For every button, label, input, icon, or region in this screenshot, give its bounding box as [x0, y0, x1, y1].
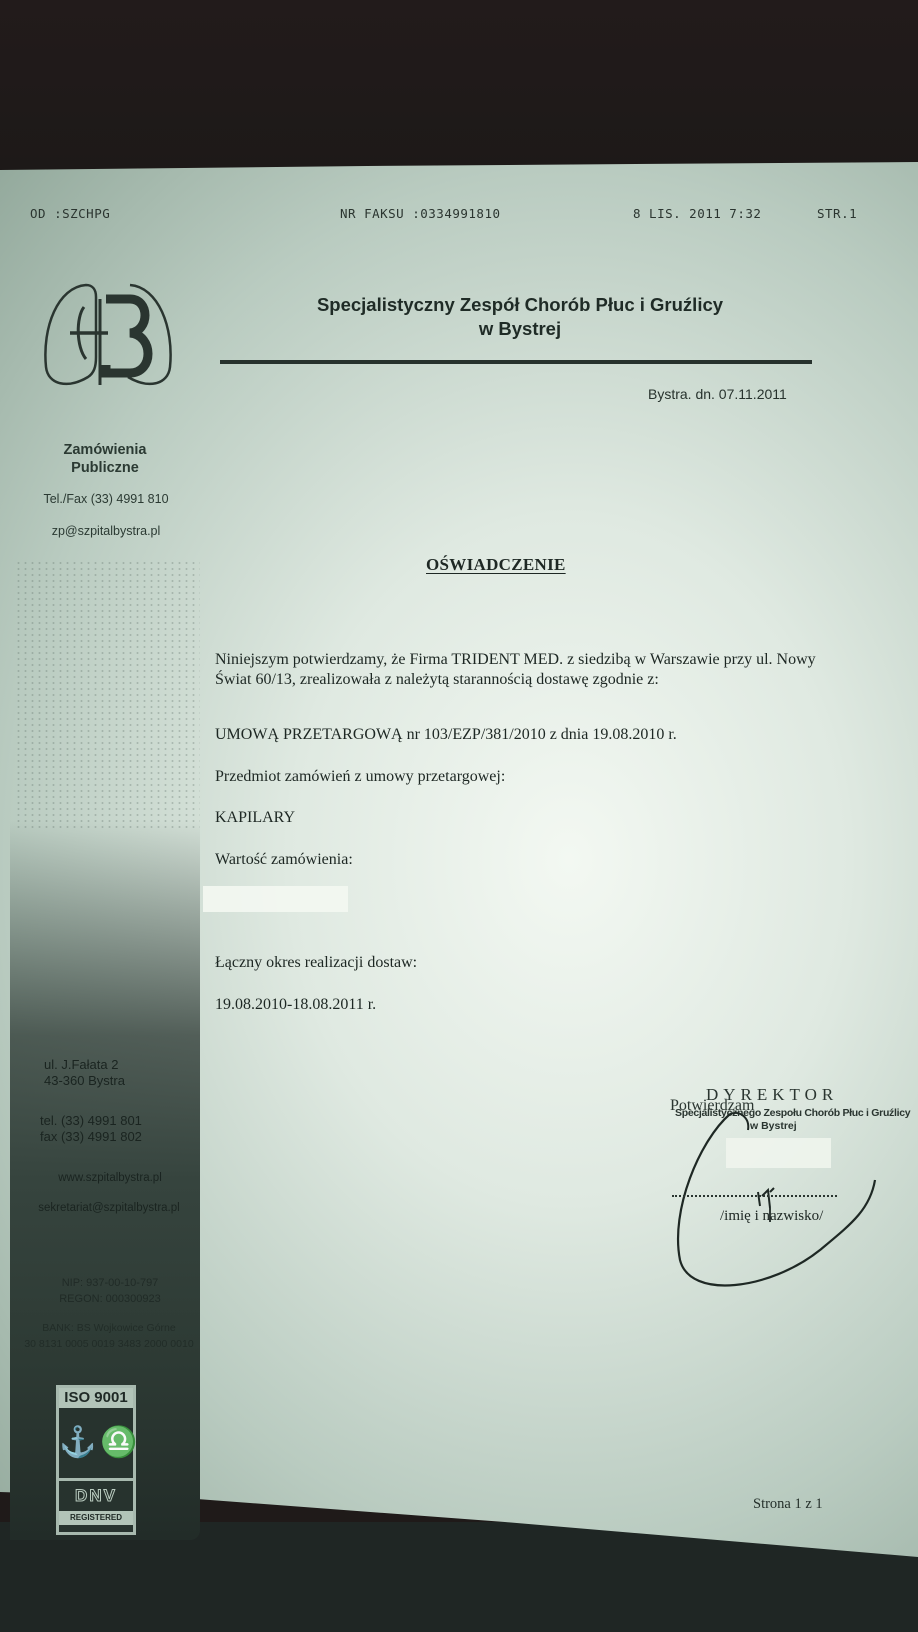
subject-label: Przedmiot zamówień z umowy przetargowej: [215, 767, 505, 787]
sidebar-phone: tel. (33) 4991 801 [40, 1113, 220, 1129]
iso-9001-certification-badge: ISO 9001 ⚓♎ DNV REGISTERED [56, 1385, 136, 1535]
sidebar-secretariat-email: sekretariat@szpitalbystra.pl [14, 1200, 204, 1216]
dnv-label: DNV [59, 1481, 133, 1511]
organization-name: Specjalistyczny Zespół Chorób Płuc i Gru… [220, 293, 820, 341]
signature-caption: /imię i nazwisko/ [720, 1208, 823, 1225]
redacted-order-value [203, 886, 348, 912]
sidebar-tax-ids: NIP: 937-00-10-797 REGON: 000300923 [20, 1275, 200, 1307]
sidebar-website: www.szpitalbystra.pl [20, 1170, 200, 1186]
registered-label: REGISTERED [59, 1511, 133, 1525]
fax-date-time: 8 LIS. 2011 7:32 [633, 206, 761, 221]
fax-transmission-header: OD :SZCHPG NR FAKSU :0334991810 8 LIS. 2… [0, 206, 918, 226]
fax-number: NR FAKSU :0334991810 [340, 206, 501, 221]
department-line1: Zamówienia [30, 441, 180, 459]
sidebar-tel-fax: Tel./Fax (33) 4991 810 [36, 492, 176, 506]
header-divider [220, 360, 812, 364]
sidebar-fax: fax (33) 4991 802 [40, 1129, 220, 1145]
anchor-and-scales-icon: ⚓♎ [59, 1408, 133, 1481]
sidebar-department: Zamówienia Publiczne [30, 441, 180, 477]
handwritten-signature-icon [670, 1100, 890, 1300]
iso-title: ISO 9001 [59, 1388, 133, 1408]
sidebar-bank-name: BANK: BS Wojkowice Górne [14, 1320, 204, 1336]
sidebar-bank-account: 30 8131 0005 0019 3483 2000 0010 [14, 1336, 204, 1352]
organization-name-line2: w Bystrej [220, 317, 820, 341]
place-and-date: Bystra. dn. 07.11.2011 [648, 386, 787, 402]
signature-dotted-line [672, 1195, 837, 1197]
contract-reference: UMOWĄ PRZETARGOWĄ nr 103/EZP/381/2010 z … [215, 725, 677, 745]
sidebar-regon: REGON: 000300923 [20, 1291, 200, 1307]
address-line2: 43-360 Bystra [44, 1073, 224, 1089]
address-line1: ul. J.Fałata 2 [44, 1057, 224, 1073]
document-title: OŚWIADCZENIE [426, 555, 566, 575]
sidebar-email: zp@szpitalbystra.pl [36, 524, 176, 538]
subject-value: KAPILARY [215, 808, 295, 828]
period-value: 19.08.2010-18.08.2011 r. [215, 995, 376, 1015]
sidebar-phones: tel. (33) 4991 801 fax (33) 4991 802 [40, 1113, 220, 1145]
organization-name-line1: Specjalistyczny Zespół Chorób Płuc i Gru… [220, 293, 820, 317]
sidebar-address: ul. J.Fałata 2 43-360 Bystra [44, 1057, 224, 1089]
sidebar-bank: BANK: BS Wojkowice Górne 30 8131 0005 00… [14, 1320, 204, 1352]
order-value-label: Wartość zamówienia: [215, 850, 353, 870]
statement-paragraph: Niniejszym potwierdzamy, że Firma TRIDEN… [215, 650, 835, 690]
fax-from: OD :SZCHPG [30, 206, 110, 221]
fax-noise-speckle [15, 560, 200, 830]
period-label: Łączny okres realizacji dostaw: [215, 953, 417, 973]
lungs-cross-b-logo-icon [38, 277, 178, 397]
background-surface-top [0, 0, 918, 170]
page-number: Strona 1 z 1 [753, 1496, 823, 1513]
sidebar-nip: NIP: 937-00-10-797 [20, 1275, 200, 1291]
department-line2: Publiczne [30, 459, 180, 477]
fax-page-number: STR.1 [817, 206, 857, 221]
